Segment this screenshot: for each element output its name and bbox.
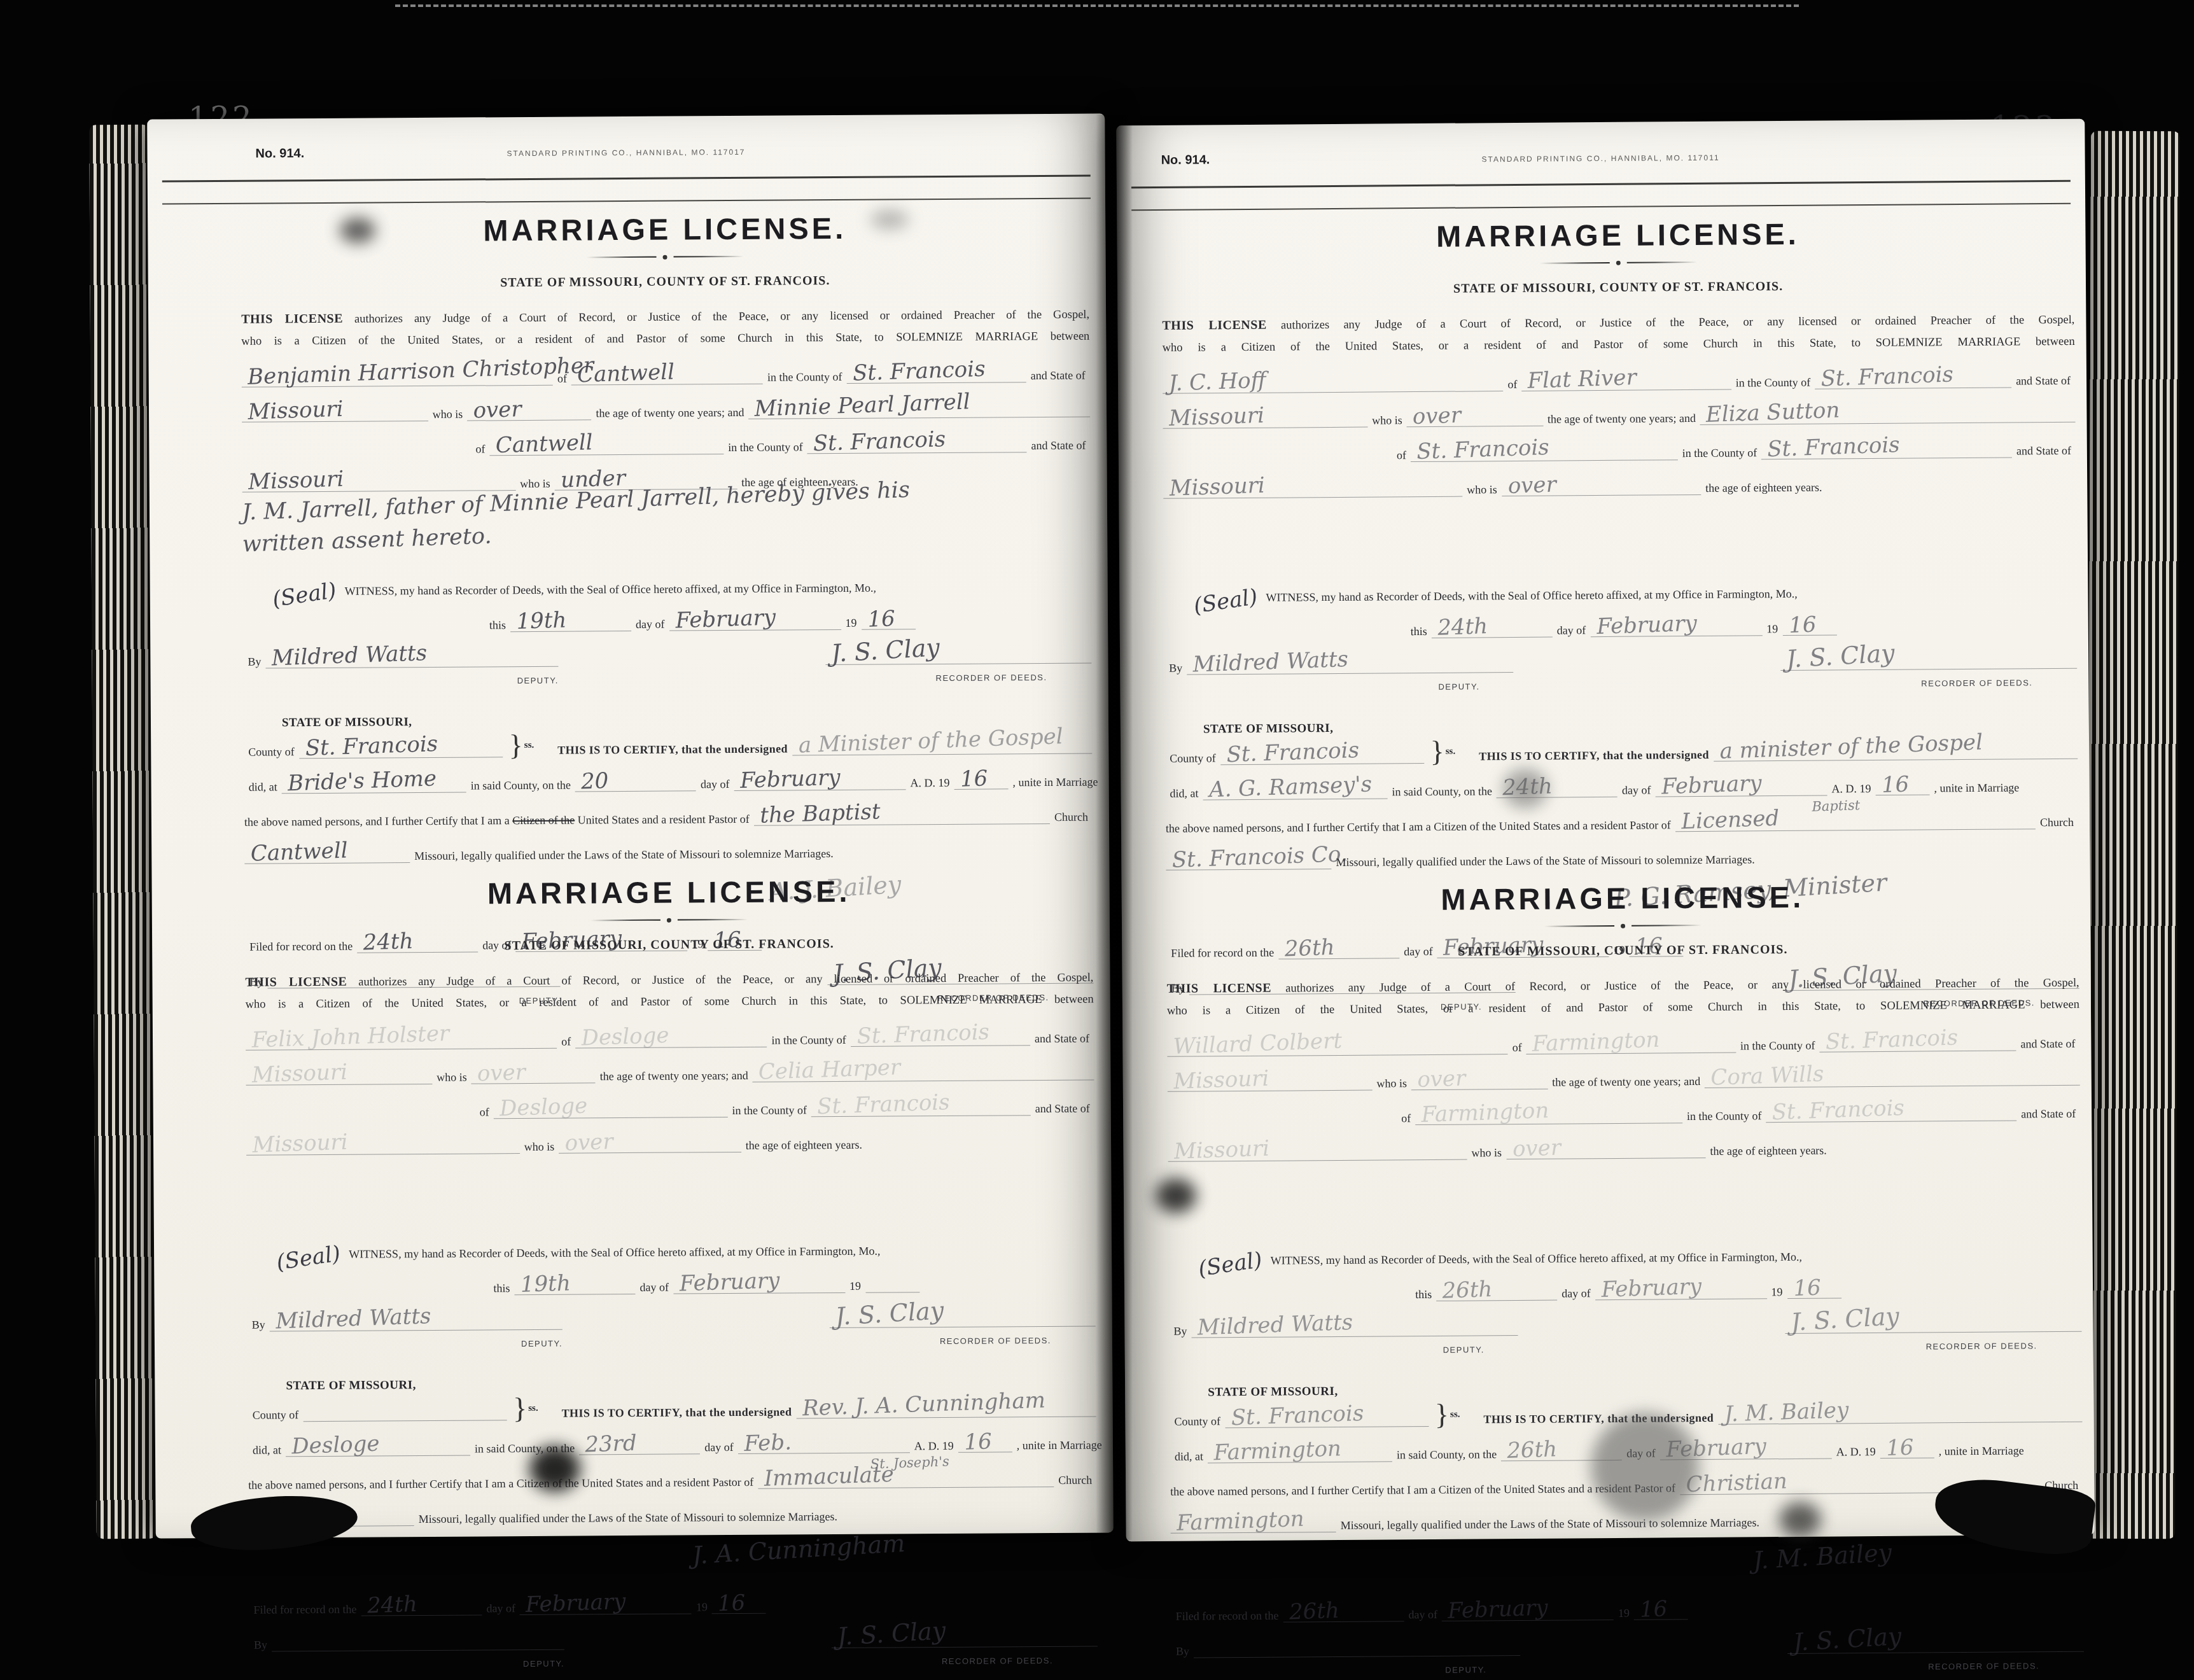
county-of-label: County of: [1170, 1415, 1225, 1429]
groom-age-hand: over: [1413, 404, 1462, 428]
groom-county-field: St. Francois: [1815, 372, 2011, 389]
groom-state-field: Missouri: [1168, 1075, 1373, 1092]
row-filler: [1826, 477, 2076, 494]
witness-month-hand: February: [674, 606, 776, 631]
certify-row-4: Desloge Missouri, legally qualified unde…: [249, 1506, 1097, 1527]
bride-name-field: Celia Harper: [753, 1065, 1094, 1082]
ornament-bar: [678, 919, 748, 921]
day-of-label: day of: [631, 618, 669, 631]
undersigned-field: J. M. Bailey: [1718, 1406, 2082, 1425]
certify-county-field: St. Francois: [1225, 1411, 1429, 1428]
groom-state-field: Missouri: [246, 1068, 432, 1086]
ornament-dot: [1621, 923, 1625, 928]
bride-state-field: Missouri: [1163, 481, 1462, 499]
row-filler: [919, 1277, 1096, 1293]
filed-year-hand: 16: [1640, 1598, 1668, 1620]
groom-age-hand: over: [1417, 1067, 1466, 1091]
marriage-month-field: February: [734, 774, 905, 791]
recorder-signature-field: J. S. Clay: [1780, 653, 2077, 671]
bride-name-hand: Eliza Sutton: [1706, 400, 1841, 426]
deputy-caption: DEPUTY.: [1438, 682, 1479, 691]
marriage-year-field: 16: [958, 1436, 1012, 1453]
pastor-town-field: St. Francois Co.: [1166, 853, 1331, 871]
further-a: the above named persons, and I further C…: [1166, 820, 1434, 835]
seal-annotation: (Seal): [1192, 584, 1259, 619]
groom-state-age-row: Missouri who is over the age of twenty o…: [1163, 407, 2075, 429]
bride-state-hand: Missouri: [1169, 475, 1265, 500]
struck-citizen-text: Citizen of the: [512, 813, 575, 827]
filed-recorder-hand: J. S. Clay: [837, 1618, 947, 1649]
marriage-day-field: 23rd: [579, 1438, 700, 1455]
row-filler: [838, 843, 1093, 860]
header-rule: [162, 198, 1091, 205]
witness-day-hand: 19th: [520, 1272, 571, 1296]
right-page: No. 914. STANDARD PRINTING CO., HANNIBAL…: [1116, 119, 2094, 1542]
bride-county-hand: St. Francois: [1771, 1097, 1904, 1123]
groom-county-field: St. Francois: [846, 367, 1026, 384]
pastor-town-hand: Farmington: [1177, 1508, 1305, 1534]
witness-date-row: this 26th day of February 19 16: [1169, 1281, 2081, 1303]
age-21-label: the age of twenty one years; and: [591, 406, 748, 421]
certify-county-field: [303, 1404, 507, 1422]
groom-residence-field: Flat River: [1521, 374, 1731, 391]
groom-state-hand: Missouri: [248, 398, 344, 423]
row-filler: [842, 1506, 1097, 1523]
day-of-label: day of: [482, 1602, 520, 1615]
marriage-license-form-2: MARRIAGE LICENSE. STATE OF MISSOURI, COU…: [151, 872, 1114, 1670]
in-county-label: in the County of: [1678, 446, 1762, 460]
witness-day-field: 26th: [1436, 1285, 1557, 1301]
marriage-day-field: 20: [575, 775, 696, 792]
and-state-label: and State of: [2016, 1107, 2080, 1121]
church-interline-note-hand: Baptist: [1812, 799, 1860, 814]
witness-month-field: February: [1595, 1283, 1766, 1300]
witness-day-hand: 19th: [516, 609, 567, 633]
marriage-place-field: Bride's Home: [282, 776, 466, 794]
witness-clause: WITNESS, my hand as Recorder of Deeds, w…: [247, 1243, 1095, 1262]
scan-smudge: [1503, 769, 1548, 808]
certify-row-1: County of St. Francois } ss. THIS IS TO …: [244, 731, 1092, 759]
filed-recorder-field: J. S. Clay: [832, 1630, 1098, 1648]
witness-day-hand: 24th: [1437, 615, 1488, 639]
deputy-signature-hand: Mildred Watts: [1192, 648, 1348, 676]
marriage-year-field: 16: [954, 773, 1008, 790]
filed-month-field: February: [520, 1598, 692, 1615]
title-ornament: [245, 915, 1093, 925]
row-filler: [1688, 1602, 2084, 1620]
seal-annotation: (Seal): [275, 1241, 342, 1275]
witness-clause: WITNESS, my hand as Recorder of Deeds, w…: [1169, 1249, 2081, 1268]
officiant-signature-hand: J. A. Cunningham: [692, 1531, 905, 1567]
marriage-year-hand: 16: [1881, 773, 1909, 795]
row-indent: [243, 617, 485, 633]
note-spacer: [1168, 1156, 2081, 1226]
bride-residence-field: Desloge: [494, 1102, 728, 1119]
deputy-caption: DEPUTY.: [517, 676, 559, 685]
church-label: Church: [1050, 810, 1093, 823]
recorder-signature-hand: J. S. Clay: [1785, 641, 1896, 671]
row-filler: [1841, 1282, 2081, 1299]
marriage-place-field: Farmington: [1208, 1446, 1392, 1463]
filed-block: Filed for record on the 26th day of Febr…: [1171, 1601, 2085, 1677]
by-label: By: [249, 1638, 272, 1651]
groom-age-field: over: [1411, 1074, 1548, 1090]
day-of-label: day of: [1553, 624, 1591, 637]
marriage-year-hand: 16: [964, 1431, 992, 1453]
in-county-label: in the County of: [723, 440, 807, 454]
year-19-label: 19: [692, 1600, 712, 1614]
witness-date-row: this 24th day of February 19 16: [1164, 618, 2077, 640]
ad-19-label: A. D. 19: [910, 1439, 958, 1453]
undersigned-hand: Rev. J. A. Cunningham: [802, 1389, 1045, 1419]
marriage-license-form-4: MARRIAGE LICENSE. STATE OF MISSOURI, COU…: [1122, 878, 2096, 1677]
ornament-bar: [1626, 262, 1696, 263]
groom-county-hand: St. Francois: [1820, 363, 1953, 389]
marriage-month-field: Feb.: [738, 1437, 910, 1454]
in-county-label: in the County of: [1682, 1109, 1766, 1123]
scan-smudge: [1591, 1413, 1699, 1521]
bride-age-hand: over: [1507, 473, 1556, 497]
witness-month-field: February: [673, 1277, 845, 1294]
row-indent: [1163, 447, 1392, 464]
witness-signature-row: By Mildred Watts J. S. Clay: [248, 1311, 1096, 1332]
groom-name-field: Willard Colbert: [1167, 1039, 1507, 1057]
bride-county-hand: St. Francois: [817, 1091, 950, 1117]
ss-label: ss.: [528, 1403, 557, 1414]
groom-state-field: Missouri: [242, 405, 428, 423]
said-county-label: in said County, on the: [1392, 1448, 1501, 1462]
bride-residence-row: of Cantwell in the County of St. Francoi…: [242, 437, 1090, 458]
form-title: MARRIAGE LICENSE.: [244, 872, 1093, 913]
of-label: of: [471, 442, 489, 456]
deputy-caption: DEPUTY.: [1445, 1665, 1486, 1674]
further-b: United States and a resident Pastor of: [579, 1476, 754, 1490]
ornament-bar: [590, 920, 660, 921]
groom-age-field: over: [1407, 410, 1544, 427]
witness-block: (Seal) WITNESS, my hand as Recorder of D…: [243, 580, 1092, 687]
this-label: this: [1406, 625, 1432, 638]
recorder-caption: RECORDER OF DEEDS.: [942, 1656, 1053, 1666]
filed-day-field: 24th: [361, 1599, 482, 1616]
filed-year-field: 16: [1634, 1604, 1688, 1620]
certify-county-hand: St. Francois: [305, 733, 438, 759]
filed-date-row: Filed for record on the 24th day of Febr…: [249, 1595, 1097, 1616]
bride-state-hand: Missouri: [248, 468, 344, 493]
seal-annotation: (Seal): [270, 578, 338, 612]
further-b: United States and a resident Pastor of: [575, 813, 750, 827]
ink-smudge: [1779, 1502, 1821, 1537]
who-is-label: who is: [515, 477, 555, 491]
filed-day-hand: 24th: [367, 1593, 417, 1617]
church-hand: Christian: [1686, 1470, 1787, 1495]
left-page: No. 914. STANDARD PRINTING CO., HANNIBAL…: [147, 113, 1114, 1538]
witness-year-field: 16: [1782, 619, 1836, 636]
title-ornament: [1166, 920, 2079, 932]
groom-residence-hand: Flat River: [1527, 367, 1637, 392]
certify-lead: THIS IS TO CERTIFY, that the undersigned: [1479, 1411, 1718, 1427]
groom-state-hand: Missouri: [251, 1061, 347, 1086]
deputy-signature-field: Mildred Watts: [265, 651, 558, 669]
church-label: Church: [1054, 1473, 1096, 1487]
year-19-label: 19: [1762, 622, 1782, 636]
witness-year-field: 16: [861, 613, 915, 630]
further-a: the above named persons, and I further C…: [248, 1477, 516, 1492]
signature-captions: DEPUTY. RECORDER OF DEEDS.: [1170, 1341, 2082, 1357]
deputy-signature-hand: Mildred Watts: [276, 1305, 431, 1332]
bride-name-field: Eliza Sutton: [1700, 407, 2076, 425]
paragraph-text: authorizes any Judge of a Court of Recor…: [354, 309, 1089, 326]
bride-residence-field: St. Francois: [1411, 444, 1678, 462]
filed-signature-row: By J. S. Clay: [1171, 1636, 2084, 1658]
marriage-place-field: Desloge: [286, 1439, 470, 1457]
bride-name-field: Minnie Pearl Jarrell: [748, 402, 1090, 419]
day-of-label: day of: [696, 778, 734, 791]
bride-state-field: Missouri: [242, 475, 516, 493]
filed-year-field: 16: [712, 1598, 766, 1614]
bride-county-field: St. Francois: [1761, 442, 2012, 460]
recorder-caption: RECORDER OF DEEDS.: [1926, 1341, 2037, 1351]
groom-row: J. C. Hoff of Flat River in the County o…: [1163, 372, 2075, 394]
filed-month-hand: February: [526, 1590, 627, 1615]
certify-row-1: County of } ss. THIS IS TO CERTIFY, that…: [248, 1394, 1096, 1422]
witness-year-hand: 16: [1788, 613, 1816, 636]
certify-row-3: the above named persons, and I further C…: [244, 808, 1093, 829]
parental-assent-note-line1: J. M. Jarrell, father of Minnie Pearl Ja…: [242, 494, 1091, 524]
deputy-caption: DEPUTY.: [521, 1339, 562, 1348]
county-of-label: County of: [244, 745, 299, 759]
unite-label: , unite in Marriage: [1934, 1444, 2029, 1458]
filed-day-field: 26th: [1283, 1606, 1404, 1622]
witness-month-hand: February: [1600, 1276, 1701, 1301]
marriage-place-field: A. G. Ramsey's: [1203, 783, 1387, 800]
day-of-label: day of: [700, 1441, 738, 1454]
certify-row-1: County of St. Francois } ss. THIS IS TO …: [1165, 736, 2078, 766]
witness-date-row: this 19th day of February 19 16: [243, 613, 1091, 634]
scanned-register-spread: 122 123 No. 914. STANDARD PRINTING CO., …: [0, 0, 2194, 1680]
church-field: the Baptist: [754, 808, 1050, 826]
brace-glyph: }: [1424, 740, 1446, 764]
unite-label: , unite in Marriage: [1008, 775, 1102, 789]
certify-row-4: Cantwell Missouri, legally qualified und…: [244, 843, 1093, 864]
did-at-label: did, at: [1166, 787, 1203, 800]
church-label: Church: [2036, 816, 2078, 829]
bride-name-hand: Celia Harper: [758, 1056, 901, 1083]
header-rule: [1131, 203, 2071, 211]
by-label: By: [1164, 662, 1187, 675]
witness-block: (Seal) WITNESS, my hand as Recorder of D…: [1164, 585, 2077, 694]
ink-smudge: [870, 210, 909, 229]
witness-month-field: February: [1590, 620, 1762, 637]
row-gap: [564, 1633, 832, 1650]
witness-month-field: February: [669, 614, 841, 631]
title-ornament: [1162, 257, 2074, 269]
certify-row-3: the above named persons, and I further C…: [1166, 813, 2078, 836]
church-field: ImmaculateSt. Joseph's: [758, 1471, 1054, 1489]
deputy-signature-field: Mildred Watts: [270, 1314, 562, 1332]
pastor-town-hand: St. Francois Co.: [1171, 843, 1348, 871]
bride-age-field: over: [1502, 479, 1701, 496]
ornament-bar: [1544, 925, 1614, 927]
marriage-year-field: 16: [1880, 1442, 1934, 1459]
recorder-signature-hand: J. S. Clay: [830, 635, 940, 666]
witness-block: (Seal) WITNESS, my hand as Recorder of D…: [247, 1243, 1096, 1350]
row-filler: [915, 613, 1091, 630]
marriage-place-hand: A. G. Ramsey's: [1208, 773, 1372, 801]
recorder-caption: RECORDER OF DEEDS.: [1921, 678, 2032, 688]
row-indent: [1168, 1110, 1397, 1127]
ss-label: ss.: [524, 740, 554, 751]
groom-row: Willard Colbert of Farmington in the Cou…: [1167, 1035, 2079, 1057]
who-is-label: who is: [428, 408, 468, 421]
deputy-signature-hand: Mildred Watts: [1197, 1312, 1353, 1339]
filed-deputy-field: [1194, 1640, 1520, 1658]
groom-row: Felix John Holster of Desloge in the Cou…: [246, 1030, 1094, 1051]
groom-county-hand: St. Francois: [856, 1021, 989, 1047]
witness-signature-row: By Mildred Watts J. S. Clay: [243, 648, 1091, 669]
header-rule: [162, 175, 1091, 183]
who-is-label: who is: [432, 1071, 472, 1084]
legally-qualified-label: Missouri, legally qualified under the La…: [1336, 1516, 1764, 1532]
row-filler: [766, 1596, 1098, 1613]
day-of-label: day of: [1557, 1287, 1595, 1300]
recorder-signature-hand: J. S. Clay: [835, 1298, 945, 1329]
witness-year-hand: 16: [867, 608, 895, 630]
certify-lead: THIS IS TO CERTIFY, that the undersigned: [553, 742, 792, 757]
witness-month-hand: February: [1596, 613, 1697, 638]
row-indent: [242, 441, 471, 458]
in-county-label: in the County of: [727, 1103, 811, 1117]
legally-qualified-label: Missouri, legally qualified under the La…: [1331, 853, 1759, 869]
citizen-text: Citizen of the: [1439, 1483, 1501, 1496]
ornament-dot: [663, 255, 667, 259]
groom-county-field: St. Francois: [851, 1030, 1030, 1047]
assent-note-hand: written assent hereto.: [242, 525, 492, 556]
witness-day-field: 19th: [510, 615, 631, 632]
further-certify-text: the above named persons, and I further C…: [248, 1476, 758, 1492]
witness-signature-row: By Mildred Watts J. S. Clay: [1164, 653, 2077, 675]
year-19-label: 19: [845, 1280, 865, 1293]
scanner-artifact-line: [395, 4, 1799, 7]
undersigned-field: Rev. J. A. Cunningham: [796, 1401, 1096, 1418]
pastor-town-field: Cantwell: [244, 847, 410, 864]
filed-month-hand: February: [1448, 1597, 1549, 1621]
bride-age-hand: over: [564, 1131, 613, 1154]
this-license-lead: THIS LICENSE: [245, 975, 347, 990]
officiant-signature-hand: J. M. Bailey: [1752, 1540, 1892, 1572]
did-at-label: did, at: [248, 1443, 286, 1457]
ink-smudge: [340, 218, 375, 243]
license-authorization-paragraph: THIS LICENSE authorizes any Judge of a C…: [245, 967, 1093, 1016]
bride-residence-hand: Farmington: [1421, 1100, 1549, 1126]
and-state-label: and State of: [2016, 1037, 2079, 1051]
groom-name-hand: Willard Colbert: [1173, 1030, 1342, 1058]
filed-block: Filed for record on the 24th day of Febr…: [249, 1595, 1098, 1670]
note-spacer: [1163, 493, 2076, 563]
said-county-label: in said County, on the: [1388, 785, 1497, 799]
certify-county-hand: St. Francois: [1231, 1403, 1364, 1429]
left-page-edge-stack: [89, 125, 157, 1539]
recorder-caption: RECORDER OF DEEDS.: [935, 673, 1047, 683]
certify-county-field: St. Francois: [1220, 748, 1424, 765]
witness-day-field: 24th: [1432, 622, 1553, 638]
bride-state-field: Missouri: [1168, 1144, 1467, 1162]
marriage-month-field: February: [1655, 780, 1827, 797]
right-page-edge-stack: [2086, 131, 2180, 1539]
age-21-label: the age of twenty one years; and: [596, 1069, 753, 1084]
ad-19-label: A. D. 19: [905, 776, 954, 790]
citizen-text: Citizen of the: [1434, 820, 1496, 833]
unite-label: , unite in Marriage: [1012, 1438, 1107, 1452]
groom-name-hand: Benjamin Harrison Christopher: [248, 354, 594, 388]
bride-residence-row: of Farmington in the County of St. Franc…: [1168, 1105, 2080, 1127]
groom-residence-hand: Desloge: [581, 1025, 669, 1049]
bride-residence-hand: Desloge: [500, 1095, 588, 1120]
marriage-place-hand: Farmington: [1213, 1438, 1342, 1464]
bride-age-hand: over: [1512, 1137, 1561, 1160]
witness-clause: WITNESS, my hand as Recorder of Deeds, w…: [1164, 585, 2076, 605]
header-rule: [1131, 180, 2071, 188]
paragraph-line: who is a Citizen of the United States, o…: [246, 989, 1094, 1016]
groom-county-field: St. Francois: [1819, 1035, 2016, 1053]
age-18-label: the age of eighteen years.: [1701, 481, 1827, 495]
groom-state-field: Missouri: [1163, 412, 1367, 429]
ss-label: ss.: [1450, 1409, 1479, 1420]
officiant-signature-row: J. M. Bailey: [1171, 1540, 2083, 1579]
age-21-label: the age of twenty one years; and: [1548, 1075, 1705, 1089]
who-is-label: who is: [1467, 1146, 1506, 1159]
who-is-label: who is: [1367, 414, 1407, 427]
row-gap: [1513, 655, 1780, 673]
groom-age-hand: over: [473, 398, 522, 422]
bride-name-hand: Minnie Pearl Jarrell: [754, 391, 970, 420]
paragraph-line: who is a Citizen of the United States, o…: [241, 326, 1089, 353]
groom-county-hand: St. Francois: [852, 358, 985, 384]
by-label: By: [1171, 1644, 1194, 1658]
deputy-signature-field: Mildred Watts: [1191, 1320, 1518, 1338]
paragraph-text: authorizes any Judge of a Court of Recor…: [1285, 977, 2079, 995]
and-state-label: and State of: [2012, 444, 2076, 458]
bride-state-hand: Missouri: [252, 1131, 348, 1156]
bride-name-hand: Cora Wills: [1710, 1063, 1824, 1089]
filed-day-hand: 26th: [1289, 1600, 1339, 1623]
county-of-label: County of: [1165, 752, 1220, 766]
ss-label: ss.: [1446, 746, 1475, 757]
pastor-town-field: Farmington: [1171, 1516, 1336, 1534]
who-is-label: who is: [520, 1140, 559, 1154]
further-certify-text: the above named persons, and I further C…: [244, 813, 754, 829]
groom-residence-field: Desloge: [575, 1032, 767, 1049]
church-field: LicensedBaptist: [1675, 813, 2036, 832]
note-spacer: [246, 1151, 1095, 1219]
filed-signature-row: By J. S. Clay: [249, 1630, 1098, 1651]
deputy-signature-hand: Mildred Watts: [271, 642, 427, 669]
groom-residence-field: Cantwell: [571, 368, 763, 386]
groom-state-hand: Missouri: [1173, 1068, 1269, 1093]
certify-row-2: did, at Desloge in said County, on the 2…: [248, 1436, 1096, 1457]
deputy-caption: DEPUTY.: [1443, 1345, 1485, 1354]
state-of-missouri-label: STATE OF MISSOURI,: [1208, 1380, 2082, 1400]
marriage-day-hand: 23rd: [585, 1432, 637, 1455]
ink-blot: [529, 1446, 580, 1492]
year-19-label: 19: [841, 617, 861, 630]
filed-recorder-field: J. S. Clay: [1787, 1636, 2084, 1654]
bride-state-hand: Missouri: [1173, 1138, 1269, 1163]
bride-residence-field: Farmington: [1415, 1107, 1682, 1125]
groom-state-age-row: Missouri who is over the age of twenty o…: [1168, 1070, 2080, 1092]
groom-residence-hand: Farmington: [1532, 1029, 1661, 1055]
further-a: the above named persons, and I further C…: [244, 814, 512, 829]
and-state-label: and State of: [1030, 1032, 1094, 1046]
